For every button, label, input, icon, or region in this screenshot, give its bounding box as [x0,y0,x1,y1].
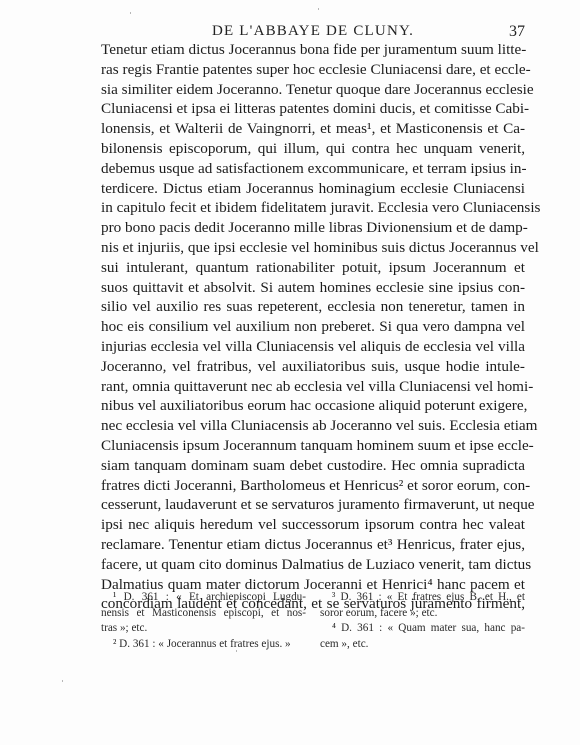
footnote-line: soror eorum, facere »; etc. [320,606,525,622]
text-line: hoc eis consilium vel auxilium non prebe… [101,317,525,337]
text-line: sia similiter eidem Joceranno. Tenetur q… [101,80,525,100]
footnote-line: ² D. 361 : « Jocerannus et fratres ejus.… [101,637,306,653]
footnote-line: ⁴ D. 361 : « Quam mater sua, hanc pa- [320,621,525,637]
text-line: fratres dicti Joceranni, Bartholomeus et… [101,476,525,496]
document-page: DE L'ABBAYE DE CLUNY. 37 Tenetur etiam d… [0,0,580,745]
text-line: sui intulerant, quantum rationabiliter p… [101,258,525,278]
text-line: reclamare. Tenentur etiam dictus Joceran… [101,535,525,555]
text-line: Tenetur etiam dictus Jocerannus bona fid… [101,40,525,60]
text-line: Cluniacensis ipsum Jocerannum tanquam ho… [101,436,525,456]
footnote-line: ³ D. 361 : « Et fratres ejus B. et H., e… [320,590,525,606]
text-line: silio vel auxilio res suas repeterent, e… [101,297,525,317]
scan-speck [318,8,319,10]
footnotes: ¹ D. 361 : « Et archiepiscopi Lugdu- nen… [101,590,525,652]
text-line: nis et injuriis, que ipsi ecclesie vel h… [101,238,525,258]
text-line: injurias ecclesia vel villa Cluniacensis… [101,337,525,357]
text-line: lonensis, et Walterii de Vaingnorri, et … [101,119,525,139]
footnote-line: nensis et Masticonensis episcopi, et nos… [101,606,306,622]
text-line: rant, omnia quittaverunt nec ab ecclesia… [101,377,525,397]
running-head: DE L'ABBAYE DE CLUNY. 37 [101,23,525,41]
text-line: in capitulo fecit et ibidem fidelitatem … [101,198,525,218]
footnote-line: tras »; etc. [101,621,306,637]
text-line: pro bono pacis dedit Joceranno mille lib… [101,218,525,238]
text-line: ras regis Frantie patentes super hoc ecc… [101,60,525,80]
text-line: Joceranno, vel fratribus, vel auxiliator… [101,357,525,377]
running-title: DE L'ABBAYE DE CLUNY. [101,23,525,40]
footnote-line: cem », etc. [320,637,525,653]
scan-speck [130,12,131,14]
page-number: 37 [509,23,525,41]
text-line: facere, ut quam cito dominus Dalmatius d… [101,555,525,575]
text-line: nibus vel auxiliatoribus eorum hac occas… [101,396,525,416]
footnotes-left-column: ¹ D. 361 : « Et archiepiscopi Lugdu- nen… [101,590,306,652]
text-line: siam tanquam dominam suam debet custodir… [101,456,525,476]
text-line: Cluniacensi et ipsa ei litteras patentes… [101,99,525,119]
scan-speck [236,650,237,652]
text-line: ipsi nec aliquis heredum vel successorum… [101,515,525,535]
text-line: bilonensis episcoporum, qui illum, qui c… [101,139,525,159]
text-line: debemus usque ad satisfactionem excommun… [101,159,525,179]
text-line: cesserunt, laudaverunt et se servaturos … [101,495,525,515]
footnote-line: ¹ D. 361 : « Et archiepiscopi Lugdu- [101,590,306,606]
footnotes-right-column: ³ D. 361 : « Et fratres ejus B. et H., e… [320,590,525,652]
text-line: suos quittavit et absolvit. Si autem hom… [101,278,525,298]
text-line: nec ecclesia vel villa Cluniacensis ab J… [101,416,525,436]
text-line: terdicere. Dictus etiam Jocerannus homin… [101,179,525,199]
scan-speck [62,680,63,682]
body-text: Tenetur etiam dictus Jocerannus bona fid… [101,40,525,614]
